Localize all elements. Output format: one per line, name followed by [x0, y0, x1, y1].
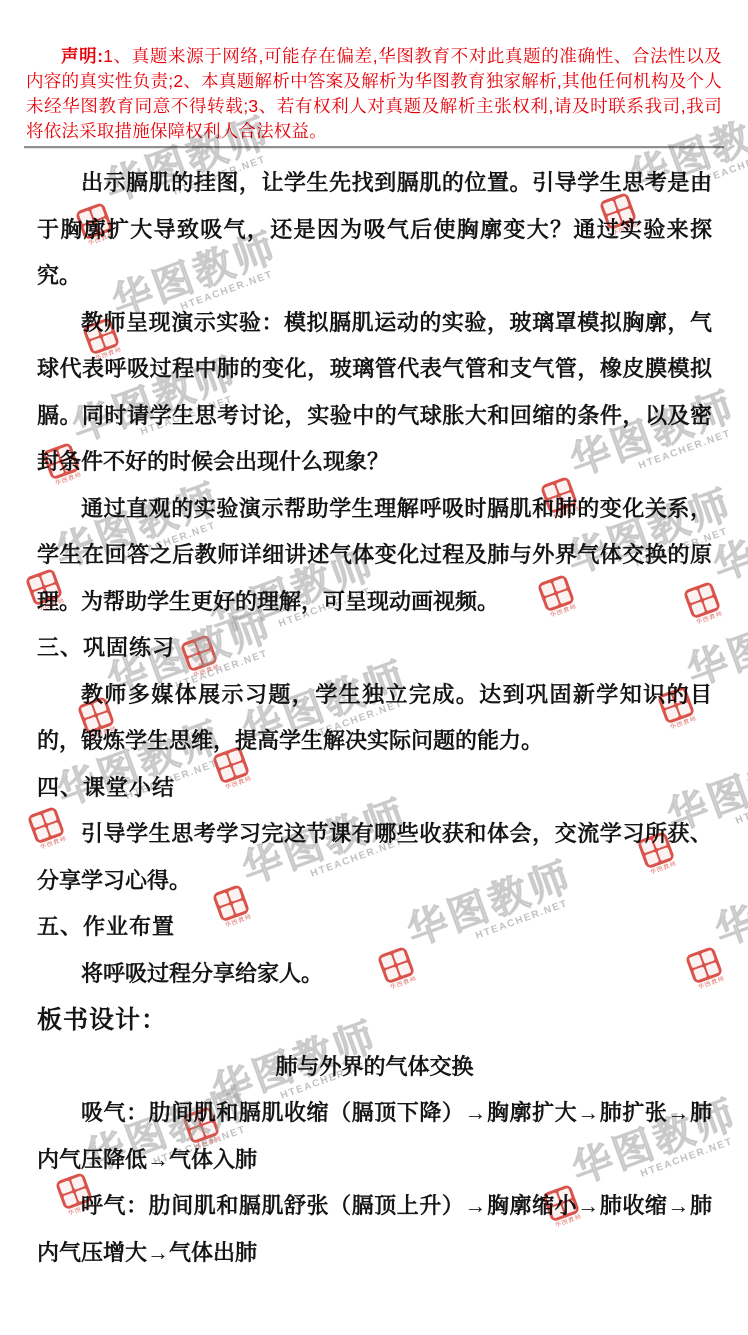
document-body: 出示膈肌的挂图，让学生先找到膈肌的位置。引导学生思考是由于胸廓扩大导致吸气，还是… [37, 160, 712, 1276]
disclaimer-text: 1、真题来源于网络,可能存在偏差,华图教育不对此真题的准确性、合法性以及内容的真… [26, 46, 722, 141]
paragraph: 通过直观的实验演示帮助学生理解呼吸时膈肌和肺的变化关系，学生在回答之后教师详细讲… [37, 486, 712, 626]
document-page: 声明:1、真题来源于网络,可能存在偏差,华图教育不对此真题的准确性、合法性以及内… [0, 0, 748, 1335]
paragraph: 引导学生思考学习完这节课有哪些收获和体会，交流学习所获、分享学习心得。 [37, 811, 712, 904]
paragraph: 教师呈现演示实验：模拟膈肌运动的实验，玻璃罩模拟胸廓，气球代表呼吸过程中肺的变化… [37, 300, 712, 486]
disclaimer-label: 声明: [61, 46, 103, 66]
watermark-site-text: HTEACHER.NET [734, 779, 748, 827]
paragraph: 呼气：肋间肌和膈肌舒张（膈顶上升）→胸廓缩小→肺收缩→肺内气压增大→气体出肺 [37, 1183, 712, 1276]
watermark-brand-text: 华图教师 [710, 854, 748, 954]
watermark-brand-text: 华图教师 [708, 489, 748, 589]
paragraph: 教师多媒体展示习题，学生独立完成。达到巩固新学知识的目的，锻炼学生思维，提高学生… [37, 672, 712, 765]
section-heading: 五、作业布置 [37, 904, 712, 951]
section-heading: 板书设计： [37, 997, 712, 1044]
paragraph: 吸气：肋间肌和膈肌收缩（膈顶下降）→胸廓扩大→肺扩张→肺内气压降低→气体入肺 [37, 1090, 712, 1183]
disclaimer-paragraph: 声明:1、真题来源于网络,可能存在偏差,华图教育不对此真题的准确性、合法性以及内… [26, 44, 722, 144]
divider-line [24, 146, 724, 149]
section-heading: 四、课堂小结 [37, 765, 712, 812]
paragraph: 出示膈肌的挂图，让学生先找到膈肌的位置。引导学生思考是由于胸廓扩大导致吸气，还是… [37, 160, 712, 300]
paragraph: 将呼吸过程分享给家人。 [37, 951, 712, 998]
section-heading: 三、巩固练习 [37, 625, 712, 672]
board-title: 肺与外界的气体交换 [37, 1044, 712, 1091]
